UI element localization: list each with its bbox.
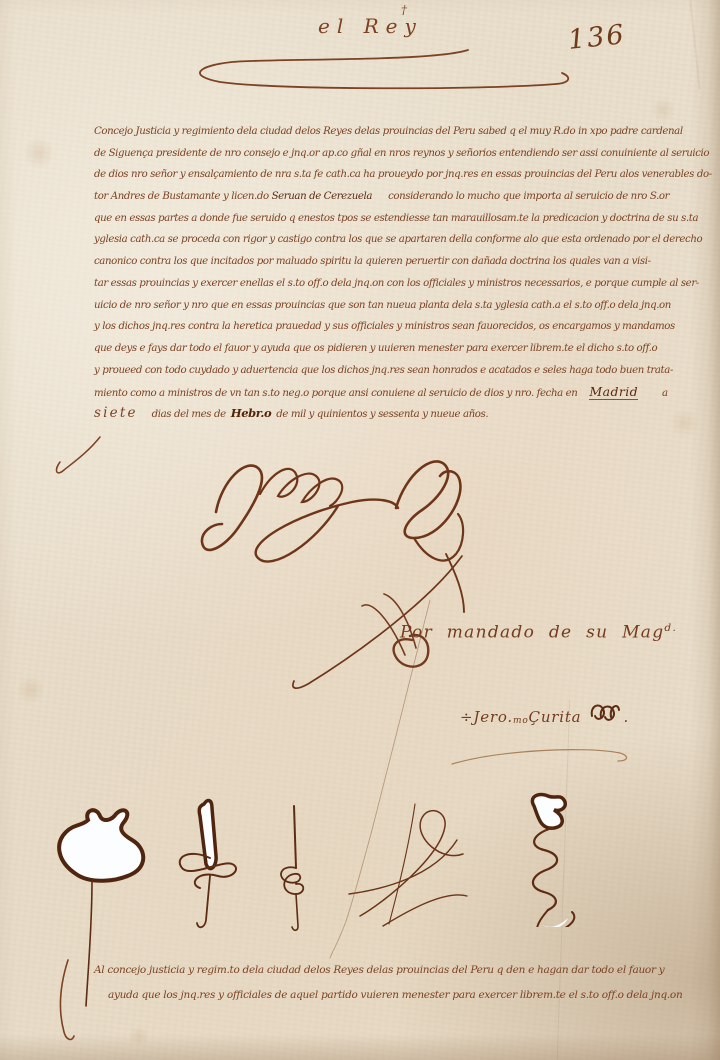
text-line: de Siguença presidente de nro consejo e …: [94, 143, 694, 165]
period-mark: .: [623, 708, 629, 726]
rubrica-4: [345, 798, 475, 933]
text-segment: de mil y quinientos y sessenta y nueue a…: [276, 409, 488, 420]
rubrica-5: [508, 792, 603, 927]
text-line: tor Andres de Bustamante y licen.do Seru…: [94, 186, 694, 208]
month-abbrev: Hebr.o: [231, 406, 272, 420]
header-underline-flourish: [200, 50, 568, 88]
address-line: ayuda que los jnq.res y officiales de aq…: [94, 983, 682, 1008]
text-segment: considerando lo mucho que importa al ser…: [388, 191, 669, 202]
text-line: canonico contra los que incitados por ma…: [94, 251, 694, 273]
folio-number: 136: [567, 19, 627, 56]
text-line: Concejo Justicia y regimiento dela ciuda…: [94, 121, 694, 143]
secretary-name: Jero.: [473, 708, 513, 726]
text-segment: dias del mes de: [152, 409, 226, 420]
date-day-word: siete: [94, 405, 138, 421]
foxing-spot: [22, 138, 56, 168]
text-line: yglesia cath.ca se proceda con rigor y c…: [94, 229, 694, 251]
text-line: y proueed con todo cuydado y aduertencia…: [94, 360, 694, 382]
by-order-line: Por mandado de su Magd.: [400, 622, 677, 643]
text-line: uicio de nro señor y nro que en essas pr…: [94, 295, 694, 317]
secretary-underswash: [452, 750, 627, 764]
paper-crease: [689, 0, 700, 90]
foxing-spot: [16, 676, 46, 704]
text-line: y los dichos jnq.res contra la heretica …: [94, 316, 694, 338]
text-line: tar essas prouincias y exercer enellas e…: [94, 273, 694, 295]
siete-swash: [57, 437, 100, 473]
paraph-mark: ÷: [460, 708, 473, 726]
rubrica-2: [164, 798, 249, 938]
text-line: miento como a ministros de vn tan s.to n…: [94, 381, 694, 403]
main-text-block: Concejo Justicia y regimiento dela ciuda…: [94, 121, 694, 425]
address-line: Al concejo justicia y regim.to dela ciud…: [94, 958, 682, 983]
secretary-rubric-icon: [587, 698, 621, 726]
by-order-text: Por mandado de su Mag: [400, 623, 664, 643]
foxing-spot: [128, 1026, 150, 1046]
text-segment: tor Andres de Bustamante y licen.do: [94, 191, 272, 202]
secretary-signature: ÷ Jero. mo Çurita .: [460, 698, 629, 726]
text-line: que en essas partes a donde fue seruido …: [94, 208, 694, 230]
superscript-mo: mo: [513, 716, 529, 726]
text-segment: miento como a ministros de vn tan s.to n…: [94, 388, 577, 399]
text-segment: a: [662, 388, 668, 399]
inquisitor-name: Seruan de Cerezuela: [272, 191, 373, 202]
text-line: de dios nro señor y ensalçamiento de nra…: [94, 164, 694, 186]
place-name: Madrid: [589, 384, 638, 400]
page-title: el Rey: [318, 14, 423, 38]
royal-signature: Yo el Rey: [188, 450, 533, 620]
secretary-surname: Çurita: [529, 708, 582, 726]
superscript-d: d.: [664, 622, 677, 634]
text-line: que deys e fays dar todo el fauor y ayud…: [94, 338, 694, 360]
foxing-spot: [650, 98, 676, 122]
address-block: Al concejo justicia y regim.to dela ciud…: [94, 958, 682, 1008]
text-line: sietedias del mes deHebr.ode mil y quini…: [94, 403, 694, 425]
manuscript-page: † el Rey 136 Concejo Justicia y regimien…: [0, 0, 720, 1060]
rubrica-3: [268, 802, 323, 937]
